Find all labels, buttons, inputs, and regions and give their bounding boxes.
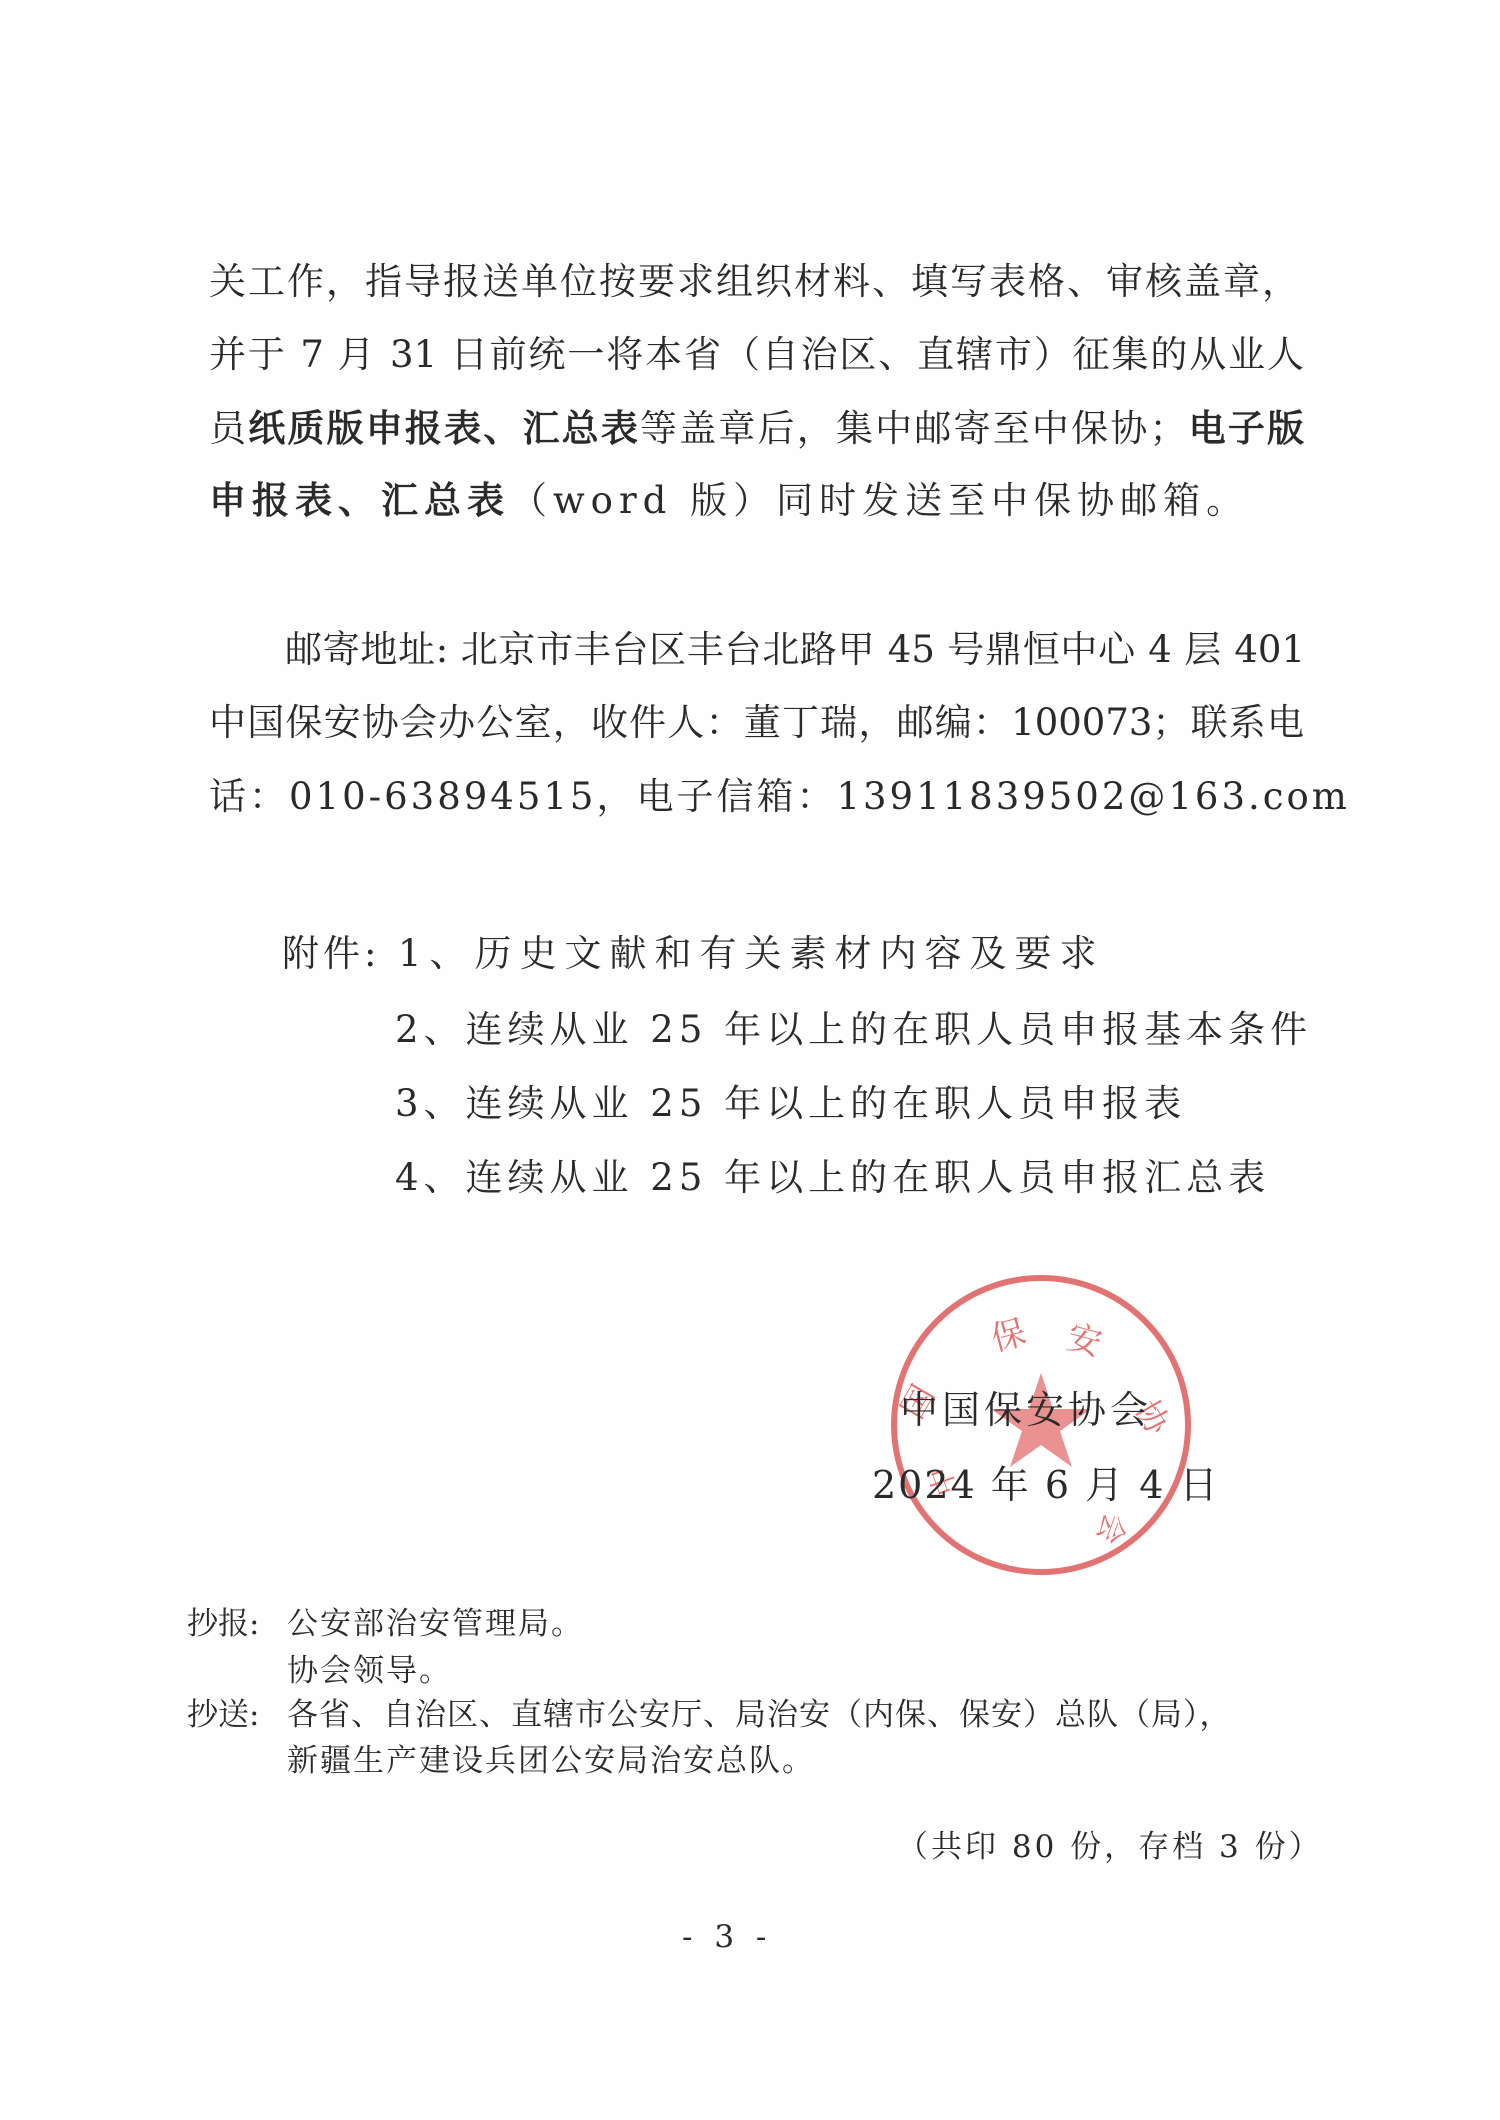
signing-organization: 中国保安协会 <box>900 1390 1152 1430</box>
svg-text:安: 安 <box>1063 1317 1106 1364</box>
signing-date: 2024 年 6 月 4 日 <box>872 1465 1219 1505</box>
cc-report-item: 协会领导。 <box>287 1654 452 1688</box>
cc-send-label: 抄送: <box>187 1698 259 1732</box>
text-span: 等盖章后，集中邮寄至中保协； <box>640 407 1186 450</box>
cc-report-label: 抄报: <box>187 1607 259 1641</box>
attachment-item: 4、连续从业 25 年以上的在职人员申报汇总表 <box>395 1158 1270 1198</box>
svg-text:保: 保 <box>987 1312 1030 1359</box>
paragraph-line: 员纸质版申报表、汇总表等盖章后，集中邮寄至中保协；电子版 <box>209 409 1304 449</box>
cc-report-item: 公安部治安管理局。 <box>287 1607 584 1641</box>
paragraph-line: 并于 7 月 31 日前统一将本省（自治区、直辖市）征集的从业人 <box>209 335 1304 375</box>
address-line: 中国保安协会办公室，收件人：董丁瑞，邮编：100073；联系电 <box>209 703 1304 743</box>
bold-text: 申报表、汇总表 <box>209 479 510 522</box>
page-number: - 3 - <box>682 1920 772 1954</box>
attachment-item: 3、连续从业 25 年以上的在职人员申报表 <box>395 1084 1186 1124</box>
bold-text: 纸质版申报表、汇总表 <box>248 407 640 450</box>
address-line: 邮寄地址: 北京市丰台区丰台北路甲 45 号鼎恒中心 4 层 401 <box>285 630 1305 670</box>
address-line: 话：010-63894515，电子信箱：13911839502@163.com <box>209 777 1350 817</box>
paragraph-line: 关工作，指导报送单位按要求组织材料、填写表格、审核盖章， <box>209 262 1299 302</box>
paragraph-line: 申报表、汇总表（word 版）同时发送至中保协邮箱。 <box>209 481 1249 521</box>
print-count: （共印 80 份，存档 3 份） <box>897 1830 1323 1864</box>
cc-send-item: 各省、自治区、直辖市公安厅、局治安（内保、保安）总队（局）， <box>287 1698 1232 1732</box>
attachment-item: 2、连续从业 25 年以上的在职人员申报基本条件 <box>395 1010 1312 1050</box>
document-page: 关工作，指导报送单位按要求组织材料、填写表格、审核盖章， 并于 7 月 31 日… <box>0 0 1500 2120</box>
cc-send-item: 新疆生产建设兵团公安局治安总队。 <box>287 1744 815 1778</box>
text-span: 员 <box>209 407 248 450</box>
text-span: （word 版）同时发送至中保协邮箱。 <box>510 479 1249 522</box>
bold-text: 电子版 <box>1186 407 1304 450</box>
attachments-label: 附件: <box>282 934 380 974</box>
svg-text:会: 会 <box>1089 1508 1132 1548</box>
attachment-item: 1、历史文献和有关素材内容及要求 <box>398 934 1105 974</box>
